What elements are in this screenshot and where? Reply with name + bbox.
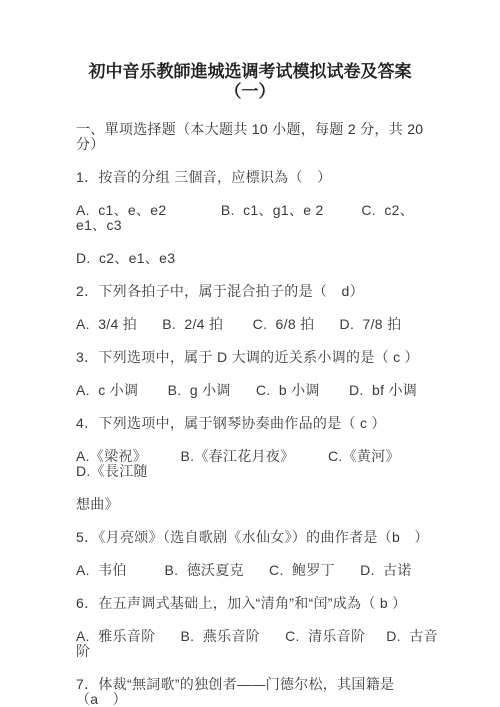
question-2-stem: 2．下列各拍子中，属于混合拍子的是（ d） [76,284,438,299]
question-5-options-line-1: A. 韦伯 B. 德沃夏克 C. 鲍罗丁 D. 古诺 [76,563,438,578]
question-4-options-line-2: 想曲》 [76,497,438,512]
question-1-options-line-1: A. c1、e、e2 B. c1、g1、e 2 C. c2、e1、c3 [76,203,438,233]
question-1-options-line-2: D. c2、e1、e3 [76,251,438,266]
document-title: 初中音乐教師進城选调考试模拟试卷及答案（一） [76,62,424,102]
question-1-stem: 1．按音的分组 三個音，应標识為（ ） [76,170,438,185]
question-4-stem: 4．下列选项中，属于钢琴协奏曲作品的是（ c ） [76,416,438,431]
question-3-stem: 3．下列选项中，属于 D 大调的近关系小调的是（ c ） [76,350,438,365]
question-7-stem: 7．体裁“無詞歌”的独创者——门德尔松，其国籍是（a ） [76,677,438,707]
question-6-stem: 6．在五声调式基础上，加入“清角”和“闰”成為（ b ） [76,596,438,611]
question-6-options-line-1: A. 雅乐音阶 B. 燕乐音阶 C. 清乐音阶 D. 古音阶 [76,629,438,659]
question-4-options-line-1: A.《梁祝》 B.《春江花月夜》 C.《黄河》 D.《長江随 [76,449,438,479]
section-header: 一、單项选择题（本大题共 10 小题，每题 2 分，共 20 分） [76,122,438,152]
question-2-options-line-1: A. 3/4 拍 B. 2/4 拍 C. 6/8 拍 D. 7/8 拍 [76,317,438,332]
question-5-stem: 5．《月亮颂》（选自歌剧《水仙女》）的曲作者是（b ） [76,530,438,545]
exam-document: 初中音乐教師進城选调考试模拟试卷及答案（一） 一、單项选择题（本大题共 10 小… [0,0,500,707]
question-3-options-line-1: A. c 小调 B. g 小调 C. b 小调 D. bf 小调 [76,383,438,398]
